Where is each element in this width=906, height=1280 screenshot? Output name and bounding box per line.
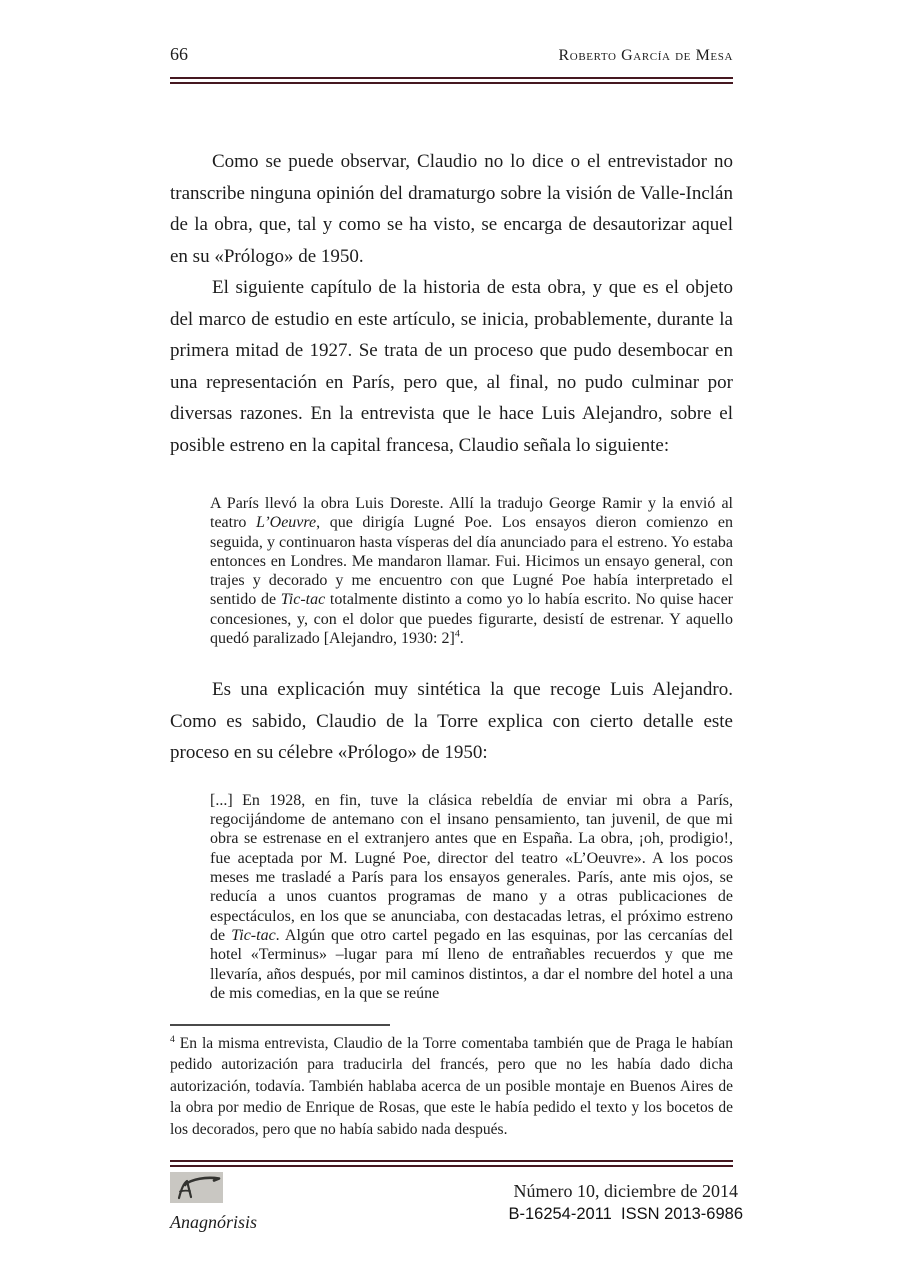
block-quote: [...] En 1928, en fin, tuve la clásica r… — [210, 791, 733, 1003]
running-title: Roberto García de Mesa — [559, 47, 733, 65]
issn-line: B-16254-2011 ISSN 2013-6986 — [508, 1205, 743, 1224]
paragraph: Es una explicación muy sintética la que … — [170, 674, 733, 769]
body-text: Como se puede observar, Claudio no lo di… — [170, 146, 733, 1003]
footer-journal-block: Anagnórisis — [170, 1172, 257, 1233]
footnote-text: 4 En la misma entrevista, Claudio de la … — [170, 1033, 733, 1140]
document-page: 66 Roberto García de Mesa Como se puede … — [0, 0, 906, 1280]
paragraph: Como se puede observar, Claudio no lo di… — [170, 146, 733, 272]
footer-double-rule — [170, 1160, 733, 1167]
footer-issue-block: Número 10, diciembre de 2014 B-16254-201… — [508, 1181, 743, 1224]
quill-signature-icon — [170, 1172, 223, 1203]
header-double-rule — [170, 77, 733, 84]
page-header: 66 Roberto García de Mesa — [170, 44, 733, 65]
journal-name: Anagnórisis — [170, 1212, 257, 1233]
issue-line: Número 10, diciembre de 2014 — [514, 1181, 738, 1202]
block-quote: A París llevó la obra Luis Doreste. Allí… — [210, 494, 733, 648]
paragraph: El siguiente capítulo de la historia de … — [170, 272, 733, 461]
journal-logo — [170, 1172, 223, 1203]
page-number: 66 — [170, 44, 188, 65]
footnote-section: 4 En la misma entrevista, Claudio de la … — [170, 1024, 733, 1140]
page-footer: Anagnórisis Número 10, diciembre de 2014… — [170, 1172, 743, 1233]
footnote-separator-rule — [170, 1024, 390, 1026]
